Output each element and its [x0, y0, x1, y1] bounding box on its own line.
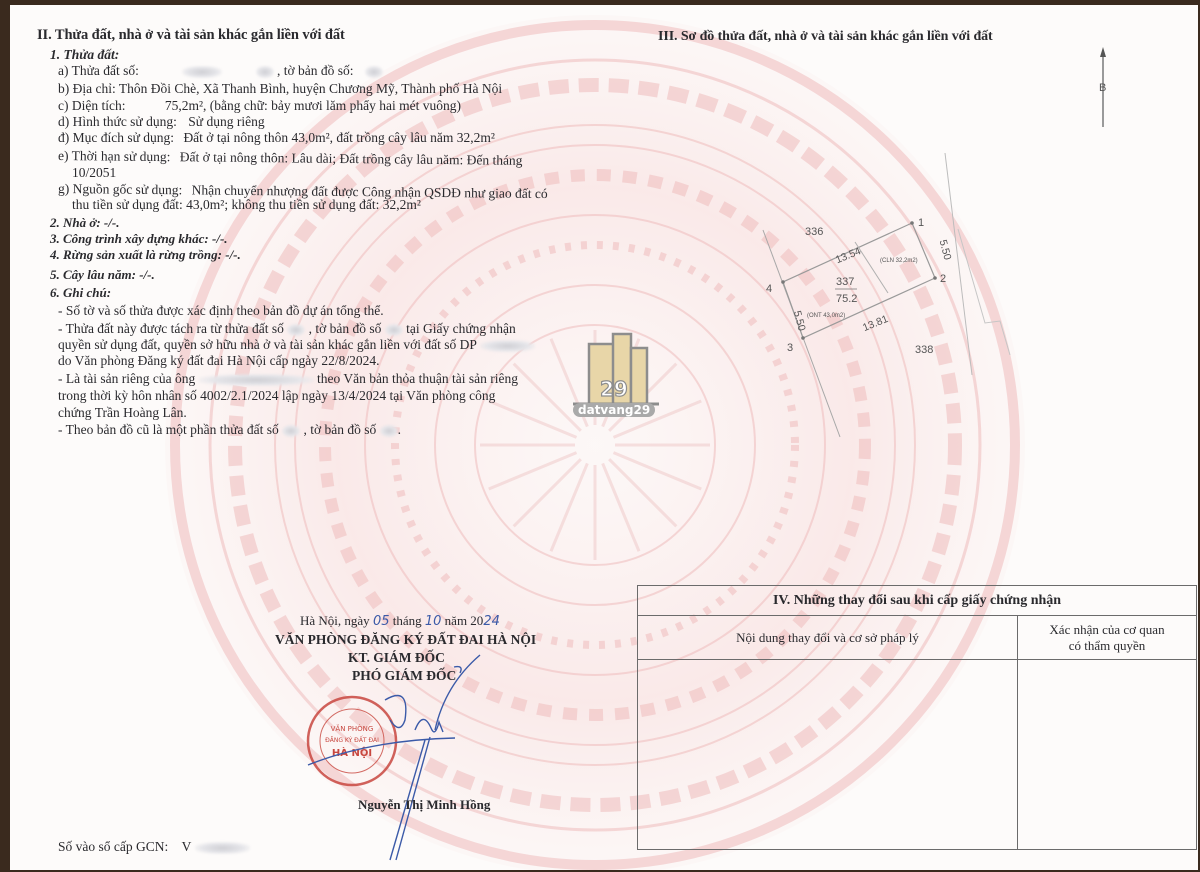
- map-sheet-redacted: [365, 66, 383, 78]
- svg-text:ĐĂNG KÝ ĐẤT ĐAI: ĐĂNG KÝ ĐẤT ĐAI: [325, 736, 379, 744]
- svg-text:2: 2: [940, 273, 946, 285]
- svg-text:338: 338: [915, 344, 933, 356]
- use-form-row: d) Hình thức sử dụng: Sử dụng riêng: [58, 114, 265, 129]
- date-day: 05: [373, 614, 390, 629]
- notes-heading: 6. Ghi chú:: [50, 285, 111, 301]
- note-3-line-3: chứng Trần Hoàng Lân.: [58, 405, 187, 420]
- changes-table: IV. Những thay đổi sau khi cấp giấy chứn…: [637, 585, 1197, 850]
- parcel-boundary: [783, 223, 935, 338]
- svg-text:3: 3: [787, 342, 793, 354]
- parcel-number-row: a) Thửa đất số: , tờ bản đồ số:: [58, 63, 383, 78]
- svg-text:5.50: 5.50: [791, 309, 808, 332]
- forest-row: 4. Rừng sản xuất là rừng trồng: -/-.: [50, 247, 241, 263]
- svg-text:5.50: 5.50: [937, 238, 954, 261]
- date-year: 24: [483, 614, 500, 629]
- north-arrow-icon: B: [1099, 47, 1106, 127]
- section-2-title: II. Thửa đất, nhà ở và tài sản khác gắn …: [37, 27, 345, 44]
- datvang29-watermark-logo: 29 datvang29: [555, 330, 665, 425]
- area-value: 75,2m², (bằng chữ: bảy mươi lăm phẩy hai…: [165, 98, 461, 113]
- note-2-line-1: - Thửa đất này được tách ra từ thửa đất …: [58, 321, 516, 336]
- redacted-old-map-sheet: [380, 425, 398, 437]
- purpose-value: Đất ở tại nông thôn 43,0m², đất trồng câ…: [183, 130, 494, 145]
- registry-number-redacted: [195, 842, 250, 854]
- place-date-prefix: Hà Nội, ngày: [300, 613, 370, 628]
- note-3-line-2: trong thời kỳ hôn nhân số 4002/2.1/2024 …: [58, 388, 495, 403]
- note-1: - Số tờ và số thửa được xác định theo bả…: [58, 303, 384, 318]
- col2-line-2: có thẩm quyền: [1069, 638, 1146, 653]
- redacted-certificate-no: [480, 340, 535, 352]
- map-sheet-label: , tờ bản đồ số:: [277, 63, 354, 78]
- building-logo-icon: 29: [555, 330, 665, 410]
- svg-text:B: B: [1099, 82, 1106, 94]
- term-value-cont: 10/2051: [72, 165, 116, 180]
- parcel-number-label: a) Thửa đất số:: [58, 63, 139, 78]
- svg-text:336: 336: [805, 226, 823, 238]
- parcel-number-redacted: [182, 66, 222, 78]
- perennial-row: 5. Cây lâu năm: -/-.: [50, 267, 155, 283]
- redacted-owner-name: [199, 374, 314, 386]
- use-form-label: d) Hình thức sử dụng:: [58, 114, 177, 129]
- note-4-text-b: , tờ bản đồ số: [304, 422, 377, 437]
- logo-text: datvang29: [573, 403, 655, 417]
- purpose-label: đ) Mục đích sử dụng:: [58, 130, 174, 145]
- note-2-line-3: do Văn phòng Đăng ký đất đai Hà Nội cấp …: [58, 353, 379, 368]
- area-row: c) Diện tích: 75,2m², (bằng chữ: bảy mươ…: [58, 98, 461, 113]
- note-2-text-a: - Thửa đất này được tách ra từ thửa đất …: [58, 321, 284, 336]
- redaction-mark: [256, 66, 274, 78]
- signer-name: Nguyễn Thị Minh Hồng: [358, 797, 490, 813]
- note-2-text-c: tại Giấy chứng nhận: [406, 321, 516, 336]
- change-content-cell: [638, 660, 1018, 850]
- column-authority-confirmation: Xác nhận của cơ quan có thẩm quyền: [1018, 616, 1197, 660]
- note-2-text-d: quyền sử dụng đất, quyền sở hữu nhà ở và…: [58, 337, 476, 352]
- origin-label: g) Nguồn gốc sử dụng:: [58, 181, 182, 197]
- svg-text:337: 337: [836, 276, 854, 288]
- purpose-row: đ) Mục đích sử dụng: Đất ở tại nông thôn…: [58, 130, 495, 145]
- official-seal-and-signature: VĂN PHÒNG ĐĂNG KÝ ĐẤT ĐAI HÀ NỘI: [270, 645, 530, 865]
- term-row: e) Thời hạn sử dụng: Đất ở tại nông thôn…: [58, 148, 523, 168]
- use-form-value: Sử dụng riêng: [188, 114, 264, 129]
- month-label: tháng: [393, 613, 422, 628]
- note-3-text-b: theo Văn bản thỏa thuận tài sản riêng: [317, 371, 518, 386]
- date-month: 10: [425, 614, 442, 629]
- section-4-title: IV. Những thay đổi sau khi cấp giấy chứn…: [638, 586, 1197, 616]
- svg-text:13.54: 13.54: [834, 245, 863, 266]
- term-value: Đất ở tại nông thôn: Lâu dài; Đất trồng …: [180, 149, 523, 168]
- address-row: b) Địa chỉ: Thôn Đồi Chè, Xã Thanh Bình,…: [58, 81, 502, 96]
- redacted-map-sheet: [385, 324, 403, 336]
- svg-text:VĂN PHÒNG: VĂN PHÒNG: [331, 724, 374, 733]
- note-3-text-a: - Là tài sản riêng của ông: [58, 371, 195, 386]
- svg-text:(ONT 43,0m2): (ONT 43,0m2): [807, 313, 845, 319]
- place-date: Hà Nội, ngày 05 tháng 10 năm 2024: [300, 613, 500, 629]
- registry-prefix: V: [182, 839, 192, 854]
- other-construction-row: 3. Công trình xây dựng khác: -/-.: [50, 231, 228, 247]
- note-2-line-2: quyền sử dụng đất, quyền sở hữu nhà ở và…: [58, 337, 535, 352]
- note-4-text-a: - Theo bản đồ cũ là một phần thửa đất số: [58, 422, 279, 437]
- note-4: - Theo bản đồ cũ là một phần thửa đất số…: [58, 422, 401, 437]
- area-label: c) Diện tích:: [58, 98, 125, 113]
- redacted-parcel: [287, 324, 305, 336]
- land-use-certificate-page: II. Thửa đất, nhà ở và tài sản khác gắn …: [10, 5, 1198, 870]
- note-4-text-c: .: [398, 422, 401, 437]
- registry-number-row: Số vào sổ cấp GCN: V: [58, 839, 250, 855]
- svg-text:29: 29: [600, 377, 628, 401]
- seal-icon: VĂN PHÒNG ĐĂNG KÝ ĐẤT ĐAI HÀ NỘI: [308, 697, 396, 785]
- section-3-title: III. Sơ đồ thửa đất, nhà ở và tài sản kh…: [658, 29, 993, 45]
- redacted-old-parcel: [282, 425, 300, 437]
- svg-text:4: 4: [766, 283, 772, 295]
- authority-confirmation-cell: [1018, 660, 1197, 850]
- svg-text:13.81: 13.81: [861, 313, 890, 334]
- svg-text:(CLN 32,2m2): (CLN 32,2m2): [880, 258, 918, 264]
- svg-text:1: 1: [918, 217, 924, 229]
- col2-line-1: Xác nhận của cơ quan: [1049, 622, 1164, 637]
- column-change-content: Nội dung thay đổi và cơ sở pháp lý: [638, 616, 1018, 660]
- note-2-text-b: , tờ bản đồ số: [309, 321, 382, 336]
- land-heading: 1. Thửa đất:: [50, 47, 119, 63]
- term-label: e) Thời hạn sử dụng:: [58, 148, 171, 164]
- year-label: năm 20: [445, 613, 484, 628]
- note-3-line-1: - Là tài sản riêng của ông theo Văn bản …: [58, 371, 518, 386]
- svg-text:75.2: 75.2: [836, 293, 857, 305]
- origin-value-cont: thu tiền sử dụng đất: 43,0m²; không thu …: [72, 197, 421, 212]
- house-row: 2. Nhà ở: -/-.: [50, 215, 119, 231]
- registry-label: Số vào sổ cấp GCN:: [58, 839, 168, 854]
